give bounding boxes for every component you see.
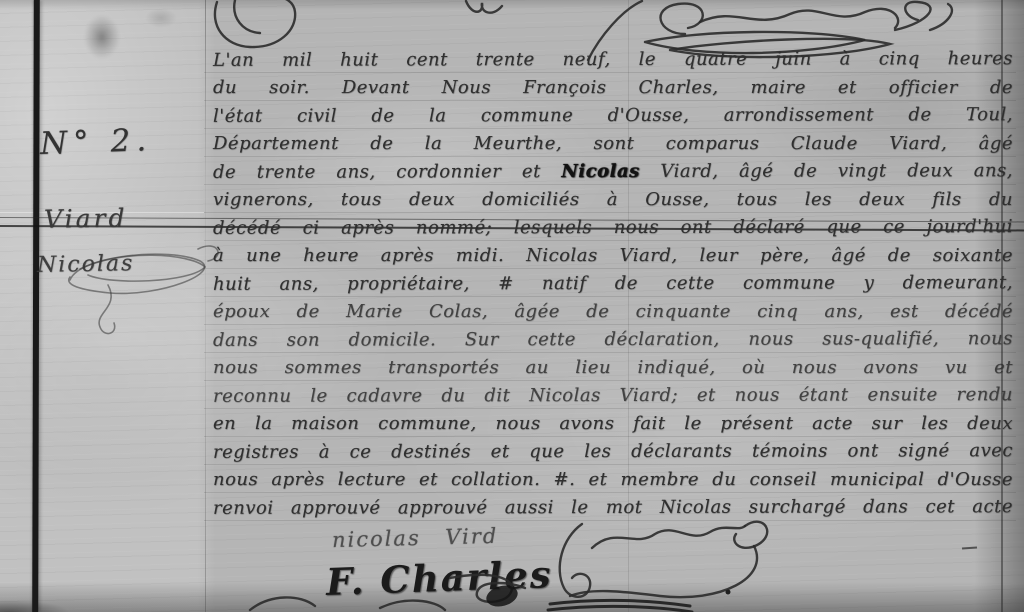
body-line: en la maison commune, nous avons fait le… [213, 410, 1013, 438]
ink-smudge [84, 15, 120, 59]
body-line: décédé ci après nommé; lesquels nous ont… [213, 213, 1013, 243]
body-line: L'an mil huit cent trente neuf, le quatr… [213, 45, 1013, 75]
cut-off-signature-strokes [230, 592, 520, 612]
scanned-death-record-page: N° 2. Viard Nicolas L'an mil huit cent t… [0, 0, 1024, 612]
body-line: Département de la Meurthe, sont comparus… [213, 130, 1013, 158]
body-line: huit ans, propriétaire, # natif de cette… [213, 269, 1013, 299]
body-line: nous sommes transportés au lieu indiqué,… [213, 354, 1013, 382]
body-line: dans son domicile. Sur cette déclaration… [213, 325, 1013, 355]
body-line: reconnu le cadavre du dit Nicolas Viard;… [213, 381, 1013, 411]
body-line: à une heure après midi. Nicolas Viard, l… [213, 242, 1013, 270]
act-body-text: L'an mil huit cent trente neuf, le quatr… [213, 46, 1013, 522]
surcharged-word: Nicolas [561, 161, 639, 182]
act-number: N° 2. [39, 122, 152, 162]
body-line-segment: Viard, âgé de vingt deux ans, [640, 160, 1013, 182]
body-line: époux de Marie Colas, âgée de cinquante … [213, 298, 1013, 326]
signature-nicolas-viard: nicolas Vird [332, 524, 499, 552]
body-line: registres à ce destinés et que les décla… [213, 437, 1013, 467]
body-line: vignerons, tous deux domiciliés à Ousse,… [213, 186, 1013, 214]
body-line-with-surcharge: de trente ans, cordonnier et Nicolas Via… [213, 157, 1013, 187]
body-line-segment: de trente ans, cordonnier et [213, 161, 561, 183]
body-line: nous après lecture et collation. #. et m… [213, 466, 1013, 494]
margin-flourish [50, 235, 225, 340]
bottom-left-corner-shadow [0, 596, 90, 612]
margin-surname: Viard [44, 203, 128, 233]
body-line: du soir. Devant Nous François Charles, m… [213, 74, 1013, 102]
ink-smudge [138, 4, 184, 32]
body-line: l'état civil de la commune d'Ousse, arro… [213, 101, 1013, 131]
signature-claude-viard [540, 508, 800, 612]
small-squiggle-mark [462, 0, 507, 20]
